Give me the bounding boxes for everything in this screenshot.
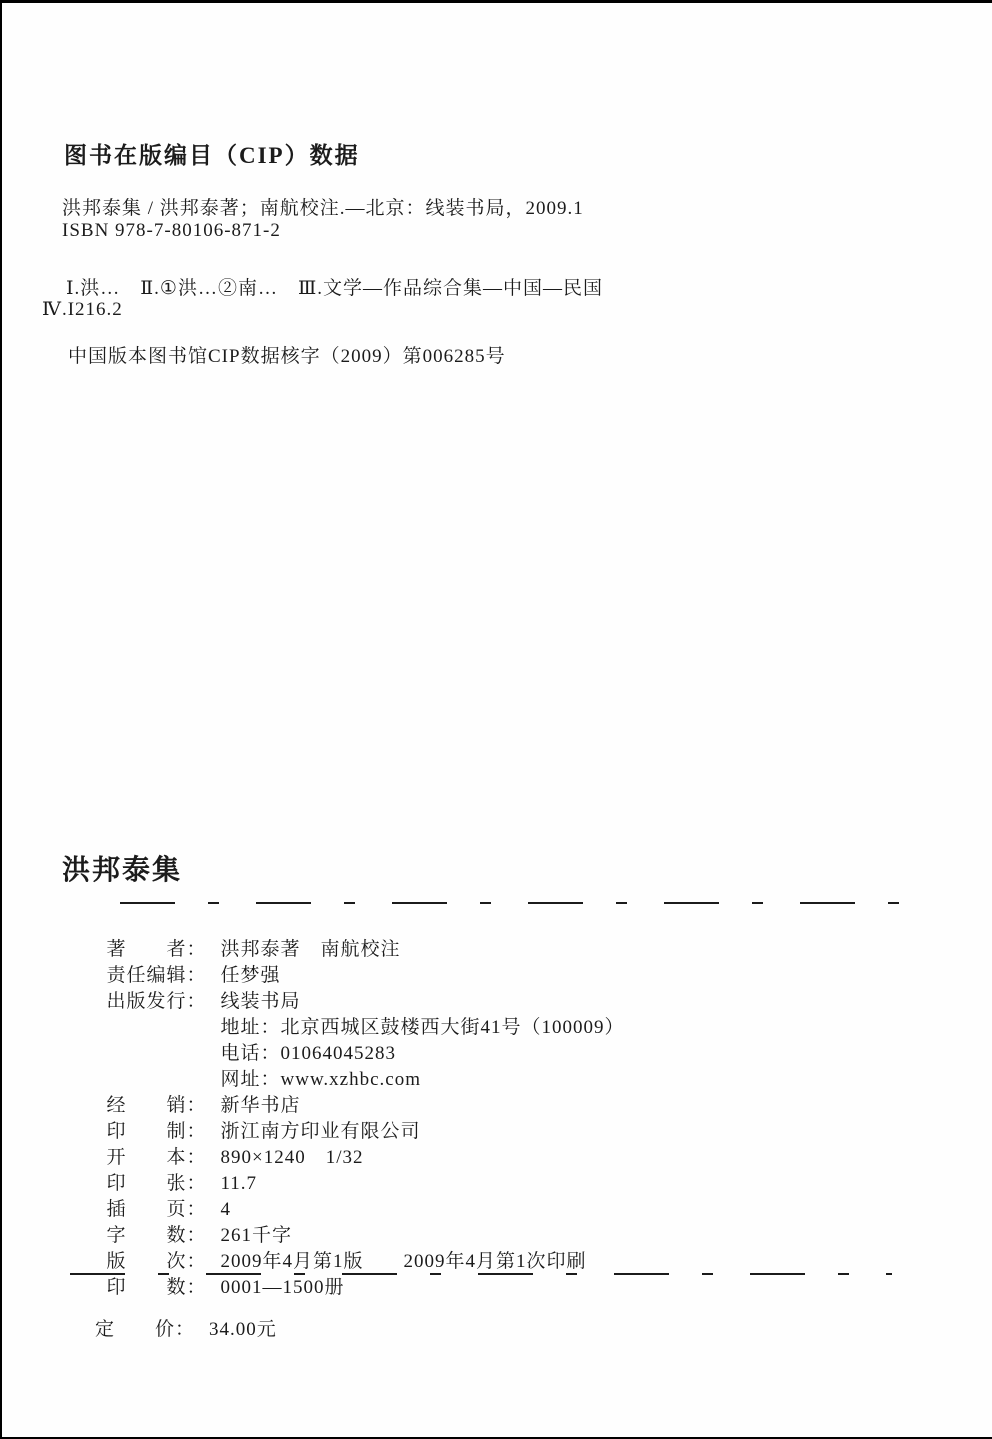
row-value: 洪邦泰著 南航校注 xyxy=(221,937,401,963)
row-label: 开 本： xyxy=(107,1145,221,1171)
cip-record-number: 中国版本图书馆CIP数据核字（2009）第006285号 xyxy=(68,341,506,368)
row-label: 插 页： xyxy=(107,1197,221,1223)
row-value: 新华书店 xyxy=(221,1093,301,1119)
dashed-divider-bottom xyxy=(70,1273,892,1275)
row-label: 版 次： xyxy=(107,1249,221,1275)
scanned-copyright-page: 图书在版编目（CIP）数据 洪邦泰集 / 洪邦泰著；南航校注.—北京：线装书局，… xyxy=(0,0,992,1439)
cip-title-statement: 洪邦泰集 / 洪邦泰著；南航校注.—北京：线装书局，2009.1 xyxy=(62,193,584,220)
row-value: 线装书局 xyxy=(221,989,301,1015)
row-label: 印 制： xyxy=(107,1119,221,1145)
colophon-row-author: 著 者：洪邦泰著 南航校注 xyxy=(72,911,625,937)
cip-classification-line-1: Ⅰ.洪… Ⅱ.①洪…②南… Ⅲ.文学—作品综合集—中国—民国 xyxy=(66,273,603,300)
book-title: 洪邦泰集 xyxy=(62,848,182,888)
row-label: 著 者： xyxy=(107,937,221,963)
dashed-divider-top xyxy=(120,902,902,904)
scan-edge-left xyxy=(0,0,2,1439)
row-value: 任梦强 xyxy=(221,963,281,989)
row-label: 经 销： xyxy=(107,1093,221,1119)
cip-heading: 图书在版编目（CIP）数据 xyxy=(64,137,360,170)
scan-edge-top xyxy=(0,0,992,3)
row-label: 责任编辑： xyxy=(107,963,221,989)
row-label: 印 张： xyxy=(107,1171,221,1197)
row-value: 11.7 xyxy=(221,1171,258,1197)
row-label: 字 数： xyxy=(107,1223,221,1249)
row-value: 2009年4月第1版 2009年4月第1次印刷 xyxy=(221,1249,587,1275)
row-value: 浙江南方印业有限公司 xyxy=(221,1119,421,1145)
colophon-rows: 著 者：洪邦泰著 南航校注 责任编辑：任梦强 出版发行：线装书局 地址：北京西城… xyxy=(72,911,625,1275)
row-value: 网址：www.xzhbc.com xyxy=(221,1067,422,1093)
isbn-line: ISBN 978-7-80106-871-2 xyxy=(62,220,281,242)
row-value: 电话：01064045283 xyxy=(221,1041,397,1067)
row-value: 890×1240 1/32 xyxy=(221,1145,364,1171)
row-value: 261千字 xyxy=(221,1223,293,1249)
row-label: 定 价： xyxy=(95,1317,209,1343)
row-value: 4 xyxy=(221,1197,232,1223)
row-label: 出版发行： xyxy=(107,989,221,1015)
cip-classification-line-2: Ⅳ.I216.2 xyxy=(42,298,123,321)
row-value: 地址：北京西城区鼓楼西大街41号（100009） xyxy=(221,1015,625,1041)
colophon-row-price: 定 价：34.00元 xyxy=(72,1291,277,1369)
price-value: 34.00元 xyxy=(209,1317,277,1343)
